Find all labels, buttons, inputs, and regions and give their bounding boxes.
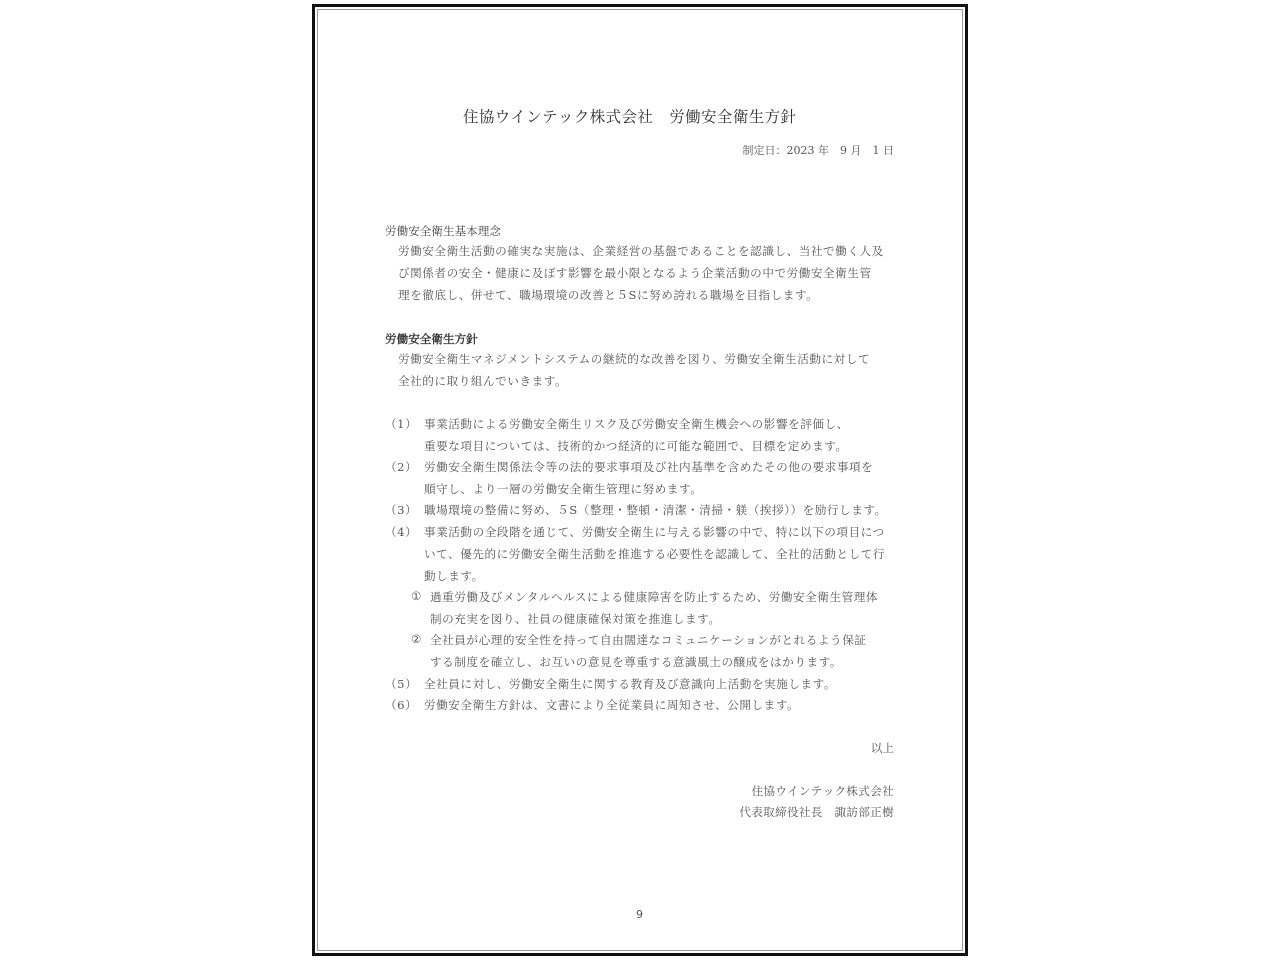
policy-item-line: 全社員に対し、労働安全衛生に関する教育及び意識向上活動を実施します。	[424, 676, 836, 692]
policy-item-line: 動します。	[424, 568, 484, 584]
policy-subitem-marker: ①	[411, 589, 422, 603]
policy-subitem-marker: ②	[411, 632, 422, 646]
basic-philosophy-heading: 労働安全衛生基本理念	[385, 223, 501, 239]
closing-mark: 以上	[871, 740, 894, 756]
policy-item-line: いて、優先的に労働安全衛生活動を推進する必要性を認識して、全社的活動として行	[424, 546, 885, 562]
policy-item-line: 事業活動による労働安全衛生リスク及び労働安全衛生機会への影響を評価し、	[424, 416, 849, 432]
policy-subitem-line: する制度を確立し、お互いの意見を尊重する意識風土の醸成をはかります。	[430, 654, 842, 670]
policy-item-marker: （6）	[385, 697, 417, 713]
policy-subitem-line: 全社員が心理的安全性を持って自由闊達なコミュニケーションがとれるよう保証	[430, 632, 866, 648]
signature-company: 住協ウインテック株式会社	[752, 783, 894, 799]
policy-subitem-line: 過重労働及びメンタルヘルスによる健康障害を防止するため、労働安全衛生管理体	[430, 589, 878, 605]
policy-item-line: 労働安全衛生方針は、文書により全従業員に周知させ、公開します。	[424, 697, 799, 713]
policy-item-marker: （3）	[385, 502, 417, 518]
policy-item-line: 労働安全衛生関係法令等の法的要求事項及び社内基準を含めたその他の要求事項を	[424, 459, 873, 475]
basic-philosophy-line: 理を徹底し、併せて、職場環境の改善と５Sに努め誇れる職場を目指します。	[398, 287, 818, 303]
policy-intro-line: 労働安全衛生マネジメントシステムの継続的な改善を図り、労働安全衛生活動に対して	[398, 351, 870, 367]
page-number: 9	[636, 908, 643, 921]
basic-philosophy-line: 労働安全衛生活動の確実な実施は、企業経営の基盤であることを認識し、当社で働く人及	[398, 243, 884, 259]
policy-intro-line: 全社的に取り組んでいきます。	[398, 373, 567, 389]
policy-subitem-line: 制の充実を図り、社員の健康確保対策を推進します。	[430, 611, 721, 627]
enactment-date: 制定日：2023 年 9 月 1 日	[743, 142, 894, 158]
policy-item-marker: （1）	[385, 416, 417, 432]
policy-item-line: 事業活動の全段階を通じて、労働安全衛生に与える影響の中で、特に以下の項目につ	[424, 524, 885, 540]
policy-item-line: 職場環境の整備に努め、５S（整理・整頓・清潔・清掃・躾（挨拶））を励行します。	[424, 502, 887, 518]
basic-philosophy-line: び関係者の安全・健康に及ぼす影響を最小限となるよう企業活動の中で労働安全衛生管	[398, 265, 872, 281]
policy-heading: 労働安全衛生方針	[385, 331, 478, 347]
policy-item-line: 重要な項目については、技術的かつ経済的に可能な範囲で、目標を定めます。	[424, 438, 848, 454]
policy-item-line: 順守し、より一層の労働安全衛生管理に努めます。	[424, 481, 702, 497]
document-title: 住協ウインテック株式会社 労働安全衛生方針	[463, 105, 796, 127]
signature-signer: 代表取締役社長 諏訪部正樹	[739, 804, 894, 820]
policy-item-marker: （4）	[385, 524, 417, 540]
policy-item-marker: （2）	[385, 459, 417, 475]
policy-item-marker: （5）	[385, 676, 417, 692]
